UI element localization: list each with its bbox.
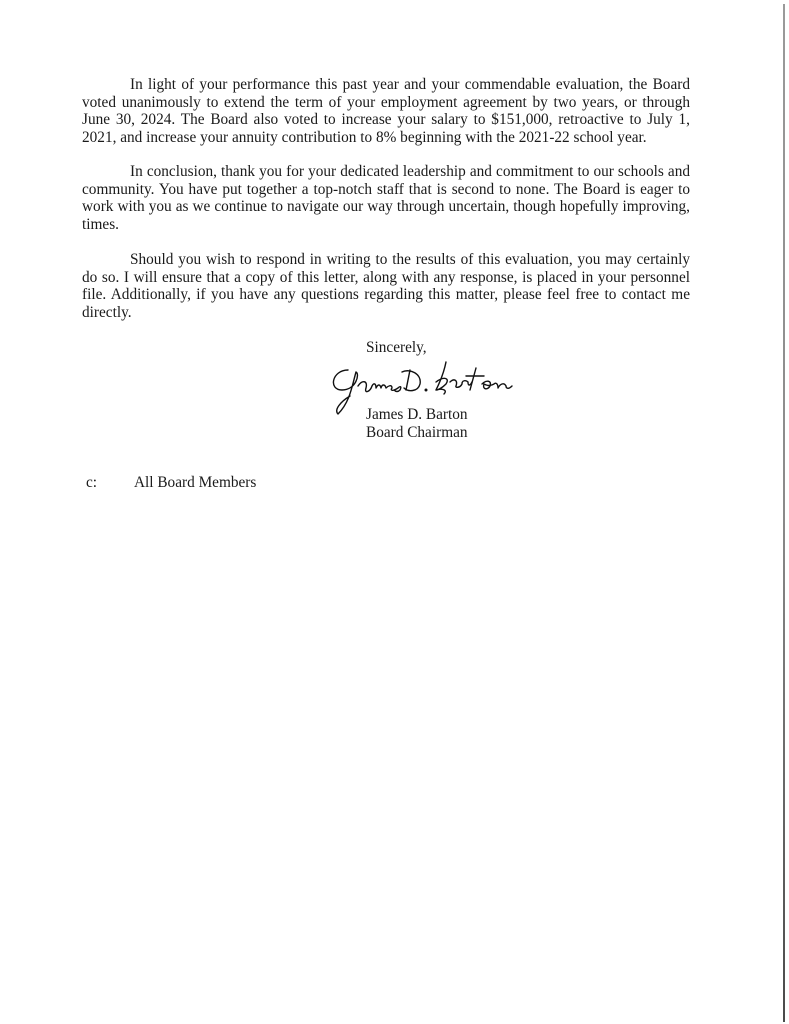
signer-name: James D. Barton (366, 406, 468, 424)
paragraph-text: In light of your performance this past y… (82, 76, 690, 146)
paragraph-conclusion: In conclusion, thank you for your dedica… (82, 163, 690, 233)
paragraph-contract-extension: In light of your performance this past y… (82, 76, 690, 146)
paragraph-text: Should you wish to respond in writing to… (82, 251, 690, 321)
cc-recipients: All Board Members (134, 474, 256, 491)
closing-salutation: Sincerely, (366, 339, 427, 357)
cc-line: c: All Board Members (86, 474, 256, 492)
scan-edge-line (783, 4, 785, 1022)
cc-label: c: (86, 474, 131, 492)
signer-title: Board Chairman (366, 424, 468, 442)
paragraph-response: Should you wish to respond in writing to… (82, 251, 690, 321)
signer-block: James D. Barton Board Chairman (366, 406, 468, 442)
paragraph-text: In conclusion, thank you for your dedica… (82, 163, 690, 233)
letter-page: In light of your performance this past y… (0, 0, 789, 1024)
